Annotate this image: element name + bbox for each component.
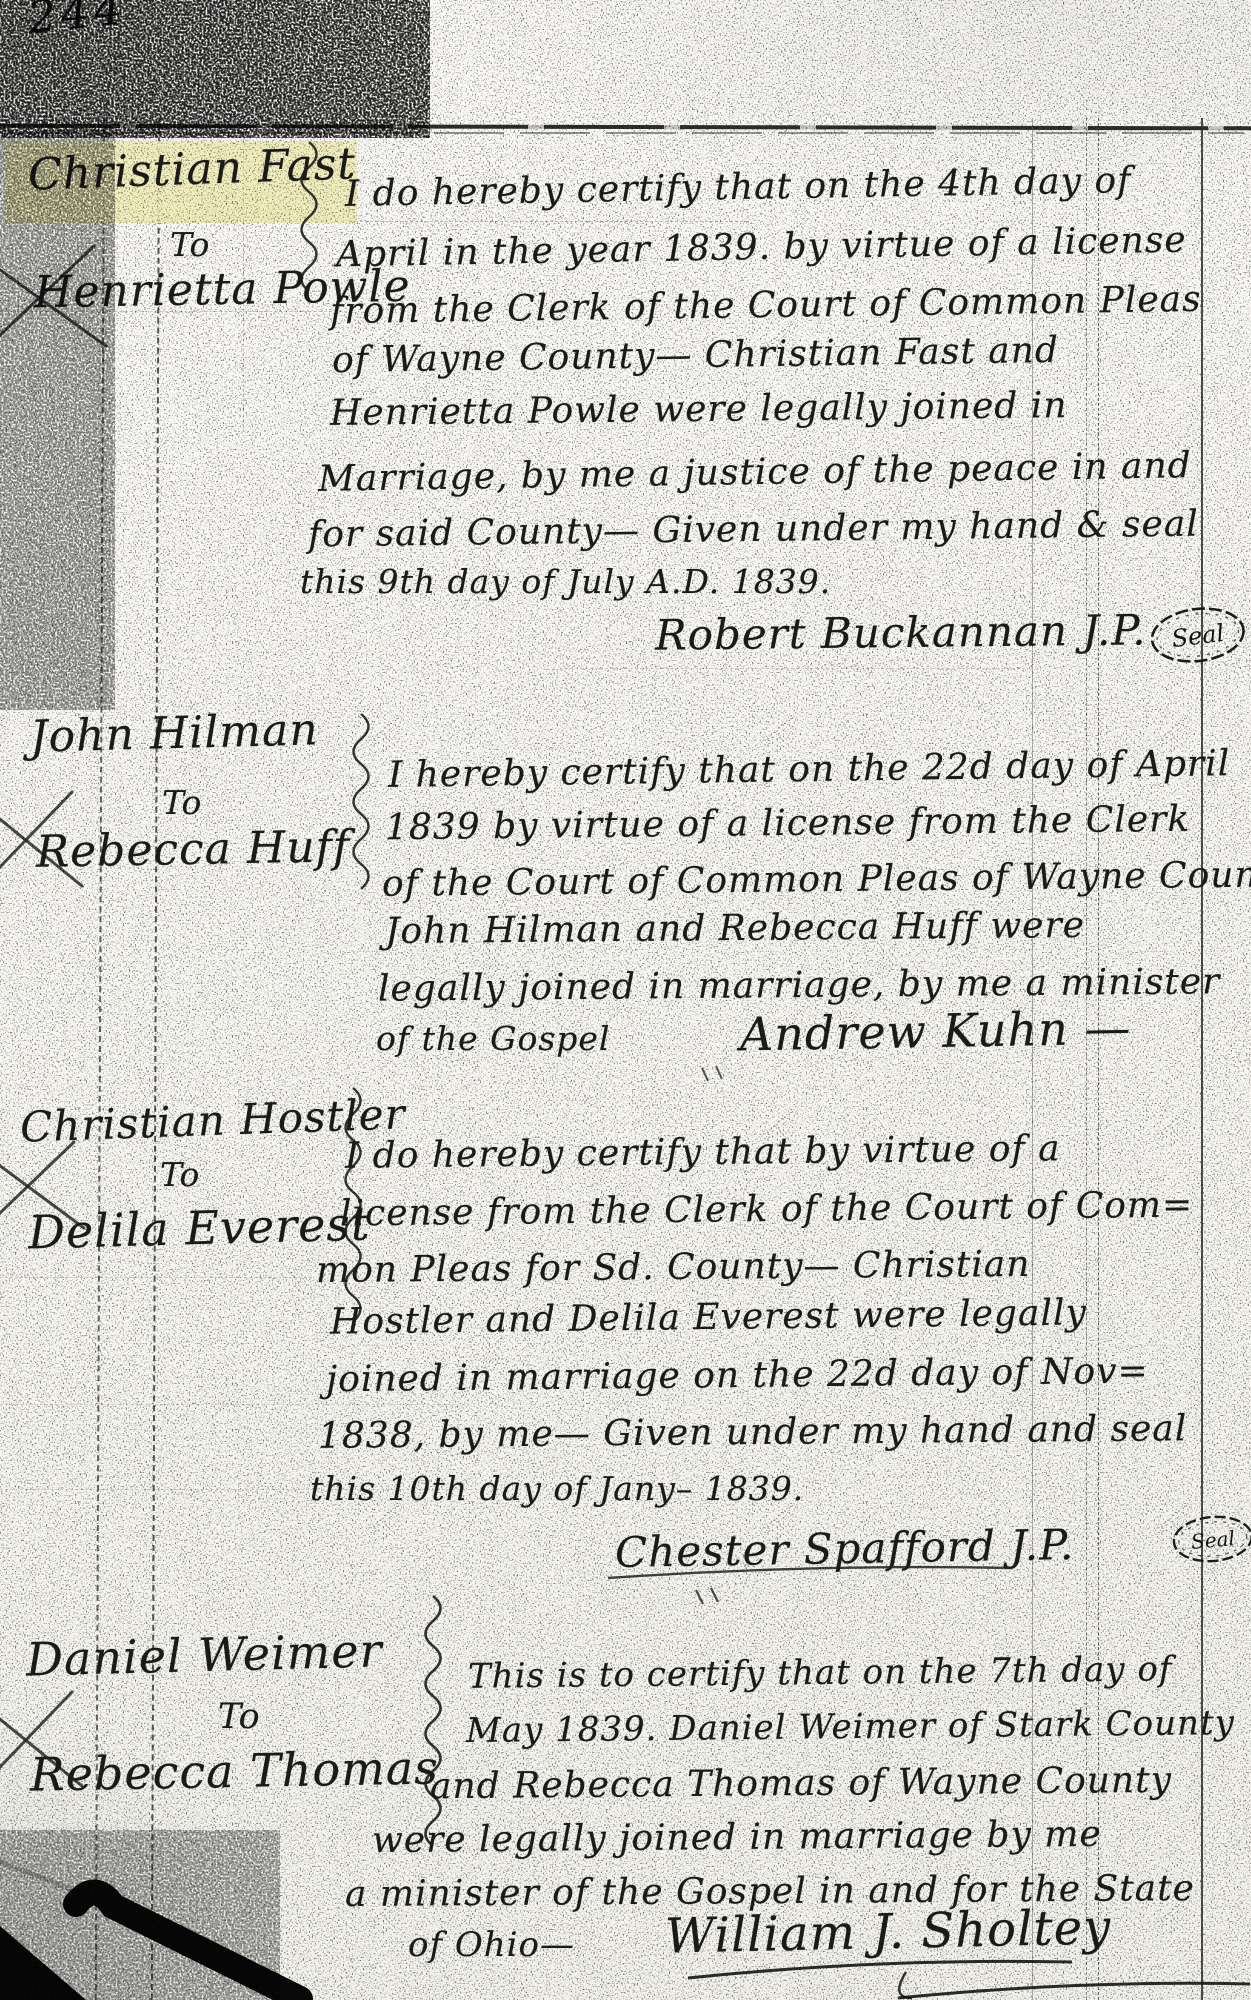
- record-text-line: this 9th day of July A.D. 1839.: [300, 565, 831, 598]
- x-mark-icon: [0, 788, 90, 898]
- x-mark-icon: [0, 1138, 92, 1238]
- seal-badge: Seal: [1142, 598, 1251, 676]
- ledger-rule-horizontal: [0, 311, 352, 312]
- x-mark-icon: [0, 242, 114, 360]
- bride-name: Henrietta Powle: [34, 265, 411, 316]
- record-text-line: I hereby certify that on the 22d day of …: [388, 746, 1231, 794]
- ledger-rule-vertical: [1098, 118, 1099, 2000]
- record-text-line: 1839 by virtue of a license from the Cle…: [385, 802, 1191, 846]
- record-text-line: of the Gospel: [376, 1022, 610, 1055]
- record-text-line: and Rebecca Thomas of Wayne County: [430, 1763, 1172, 1805]
- ledger-rule-vertical: [1086, 118, 1087, 2000]
- record-text-line: I do hereby certify that by virtue of a: [345, 1131, 1061, 1174]
- to-label: To: [218, 1700, 260, 1735]
- record-text-line: of Wayne County— Christian Fast and: [332, 333, 1059, 379]
- ledger-rule-horizontal: [0, 1404, 470, 1405]
- marriage-record-entry-4: Daniel Weimer To Rebecca Thomas This is …: [0, 0, 1251, 2000]
- marriage-record-entry-1: Christian Fast To Henrietta Powle I do h…: [0, 0, 1251, 2000]
- ledger-rule-horizontal: [0, 1277, 312, 1278]
- record-text-line: were legally joined in marriage by me: [372, 1817, 1102, 1859]
- record-text-line: 1838, by me— Given under my hand and sea…: [318, 1411, 1188, 1455]
- bride-name: Rebecca Thomas: [30, 1744, 440, 1797]
- ledger-rule-vertical: [1201, 118, 1203, 2000]
- groom-name: John Hilman: [29, 708, 319, 760]
- record-text-line: I do hereby certify that on the 4th day …: [345, 163, 1132, 213]
- seal-label: Seal: [1190, 1526, 1236, 1554]
- record-text-line: of the Court of Common Pleas of Wayne Co…: [382, 857, 1251, 903]
- ledger-rule-horizontal: [4, 132, 1244, 134]
- officiant-signature: Robert Buckannan J.P.: [655, 609, 1147, 656]
- groom-name: Christian Fast: [27, 142, 356, 197]
- entry-brace-icon: [338, 1086, 368, 1328]
- scan-noise-overlay: [0, 0, 1251, 2000]
- bride-name: Delila Everest: [27, 1201, 370, 1256]
- x-mark-icon: [0, 1688, 90, 1798]
- ledger-rule-horizontal: [560, 668, 1030, 669]
- marriage-record-entry-3: Christian Hostler To Delila Everest I do…: [0, 0, 1251, 2000]
- groom-name: Daniel Weimer: [25, 1627, 383, 1682]
- search-highlight: [5, 141, 357, 223]
- groom-name: Christian Hostler: [19, 1093, 406, 1148]
- ledger-rule-vertical: [1032, 118, 1033, 2000]
- record-text-line: a minister of the Gospel in and for the …: [345, 1871, 1195, 1913]
- ledger-rule-horizontal: [0, 1489, 470, 1490]
- entry-brace-icon: [418, 1594, 448, 1848]
- to-label: To: [170, 228, 209, 261]
- ledger-rule-horizontal: [0, 221, 748, 222]
- ink-marks-overlay: [0, 0, 1251, 2000]
- entry-brace-icon: [346, 712, 376, 892]
- bride-name: Rebecca Huff: [36, 825, 351, 874]
- ledger-rule-vertical: [95, 118, 105, 2000]
- record-text-line: This is to certify that on the 7th day o…: [468, 1652, 1173, 1693]
- seal-icon: Seal: [1142, 598, 1251, 672]
- entry-brace-icon: [294, 140, 324, 294]
- officiant-signature: Chester Spafford J.P.: [615, 1524, 1075, 1574]
- seal-badge: Seal: [1166, 1508, 1251, 1574]
- record-text-line: Hostler and Delila Everest were legally: [330, 1295, 1087, 1340]
- ledger-rule-vertical: [243, 132, 244, 432]
- record-text-line: John Hilman and Rebecca Huff were: [385, 908, 1085, 950]
- record-text-line: license from the Clerk of the Court of C…: [340, 1188, 1194, 1233]
- scanned-ledger-page: 244 Christian Fast To Henrietta Powle I …: [0, 0, 1251, 2000]
- ledger-rule-horizontal: [0, 124, 1251, 130]
- record-text-line: May 1839. Daniel Weimer of Stark County: [466, 1706, 1235, 1748]
- officiant-signature: Andrew Kuhn —: [740, 1005, 1132, 1058]
- page-number: 244: [26, 0, 129, 41]
- record-text-line: mon Pleas for Sd. County— Christian: [316, 1247, 1031, 1289]
- record-text-line: from the Clerk of the Court of Common Pl…: [330, 282, 1202, 330]
- record-text-line: Marriage, by me a justice of the peace i…: [318, 448, 1192, 498]
- record-text-line: of Ohio—: [408, 1928, 575, 1962]
- record-text-line: for said County— Given under my hand & s…: [308, 507, 1199, 554]
- record-text-line: legally joined in marriage, by me a mini…: [378, 964, 1221, 1007]
- record-text-line: Henrietta Powle were legally joined in: [330, 388, 1068, 432]
- to-label: To: [160, 1158, 199, 1191]
- seal-label: Seal: [1170, 619, 1226, 653]
- record-text-line: April in the year 1839. by virtue of a l…: [336, 223, 1187, 274]
- to-label: To: [162, 786, 201, 819]
- ledger-rule-vertical: [151, 118, 160, 2000]
- seal-icon: Seal: [1166, 1508, 1251, 1570]
- marriage-record-entry-2: John Hilman To Rebecca Huff I hereby cer…: [0, 0, 1251, 2000]
- record-text-line: joined in marriage on the 22d day of Nov…: [326, 1354, 1149, 1399]
- officiant-signature: William J. Sholtey: [665, 1903, 1112, 1960]
